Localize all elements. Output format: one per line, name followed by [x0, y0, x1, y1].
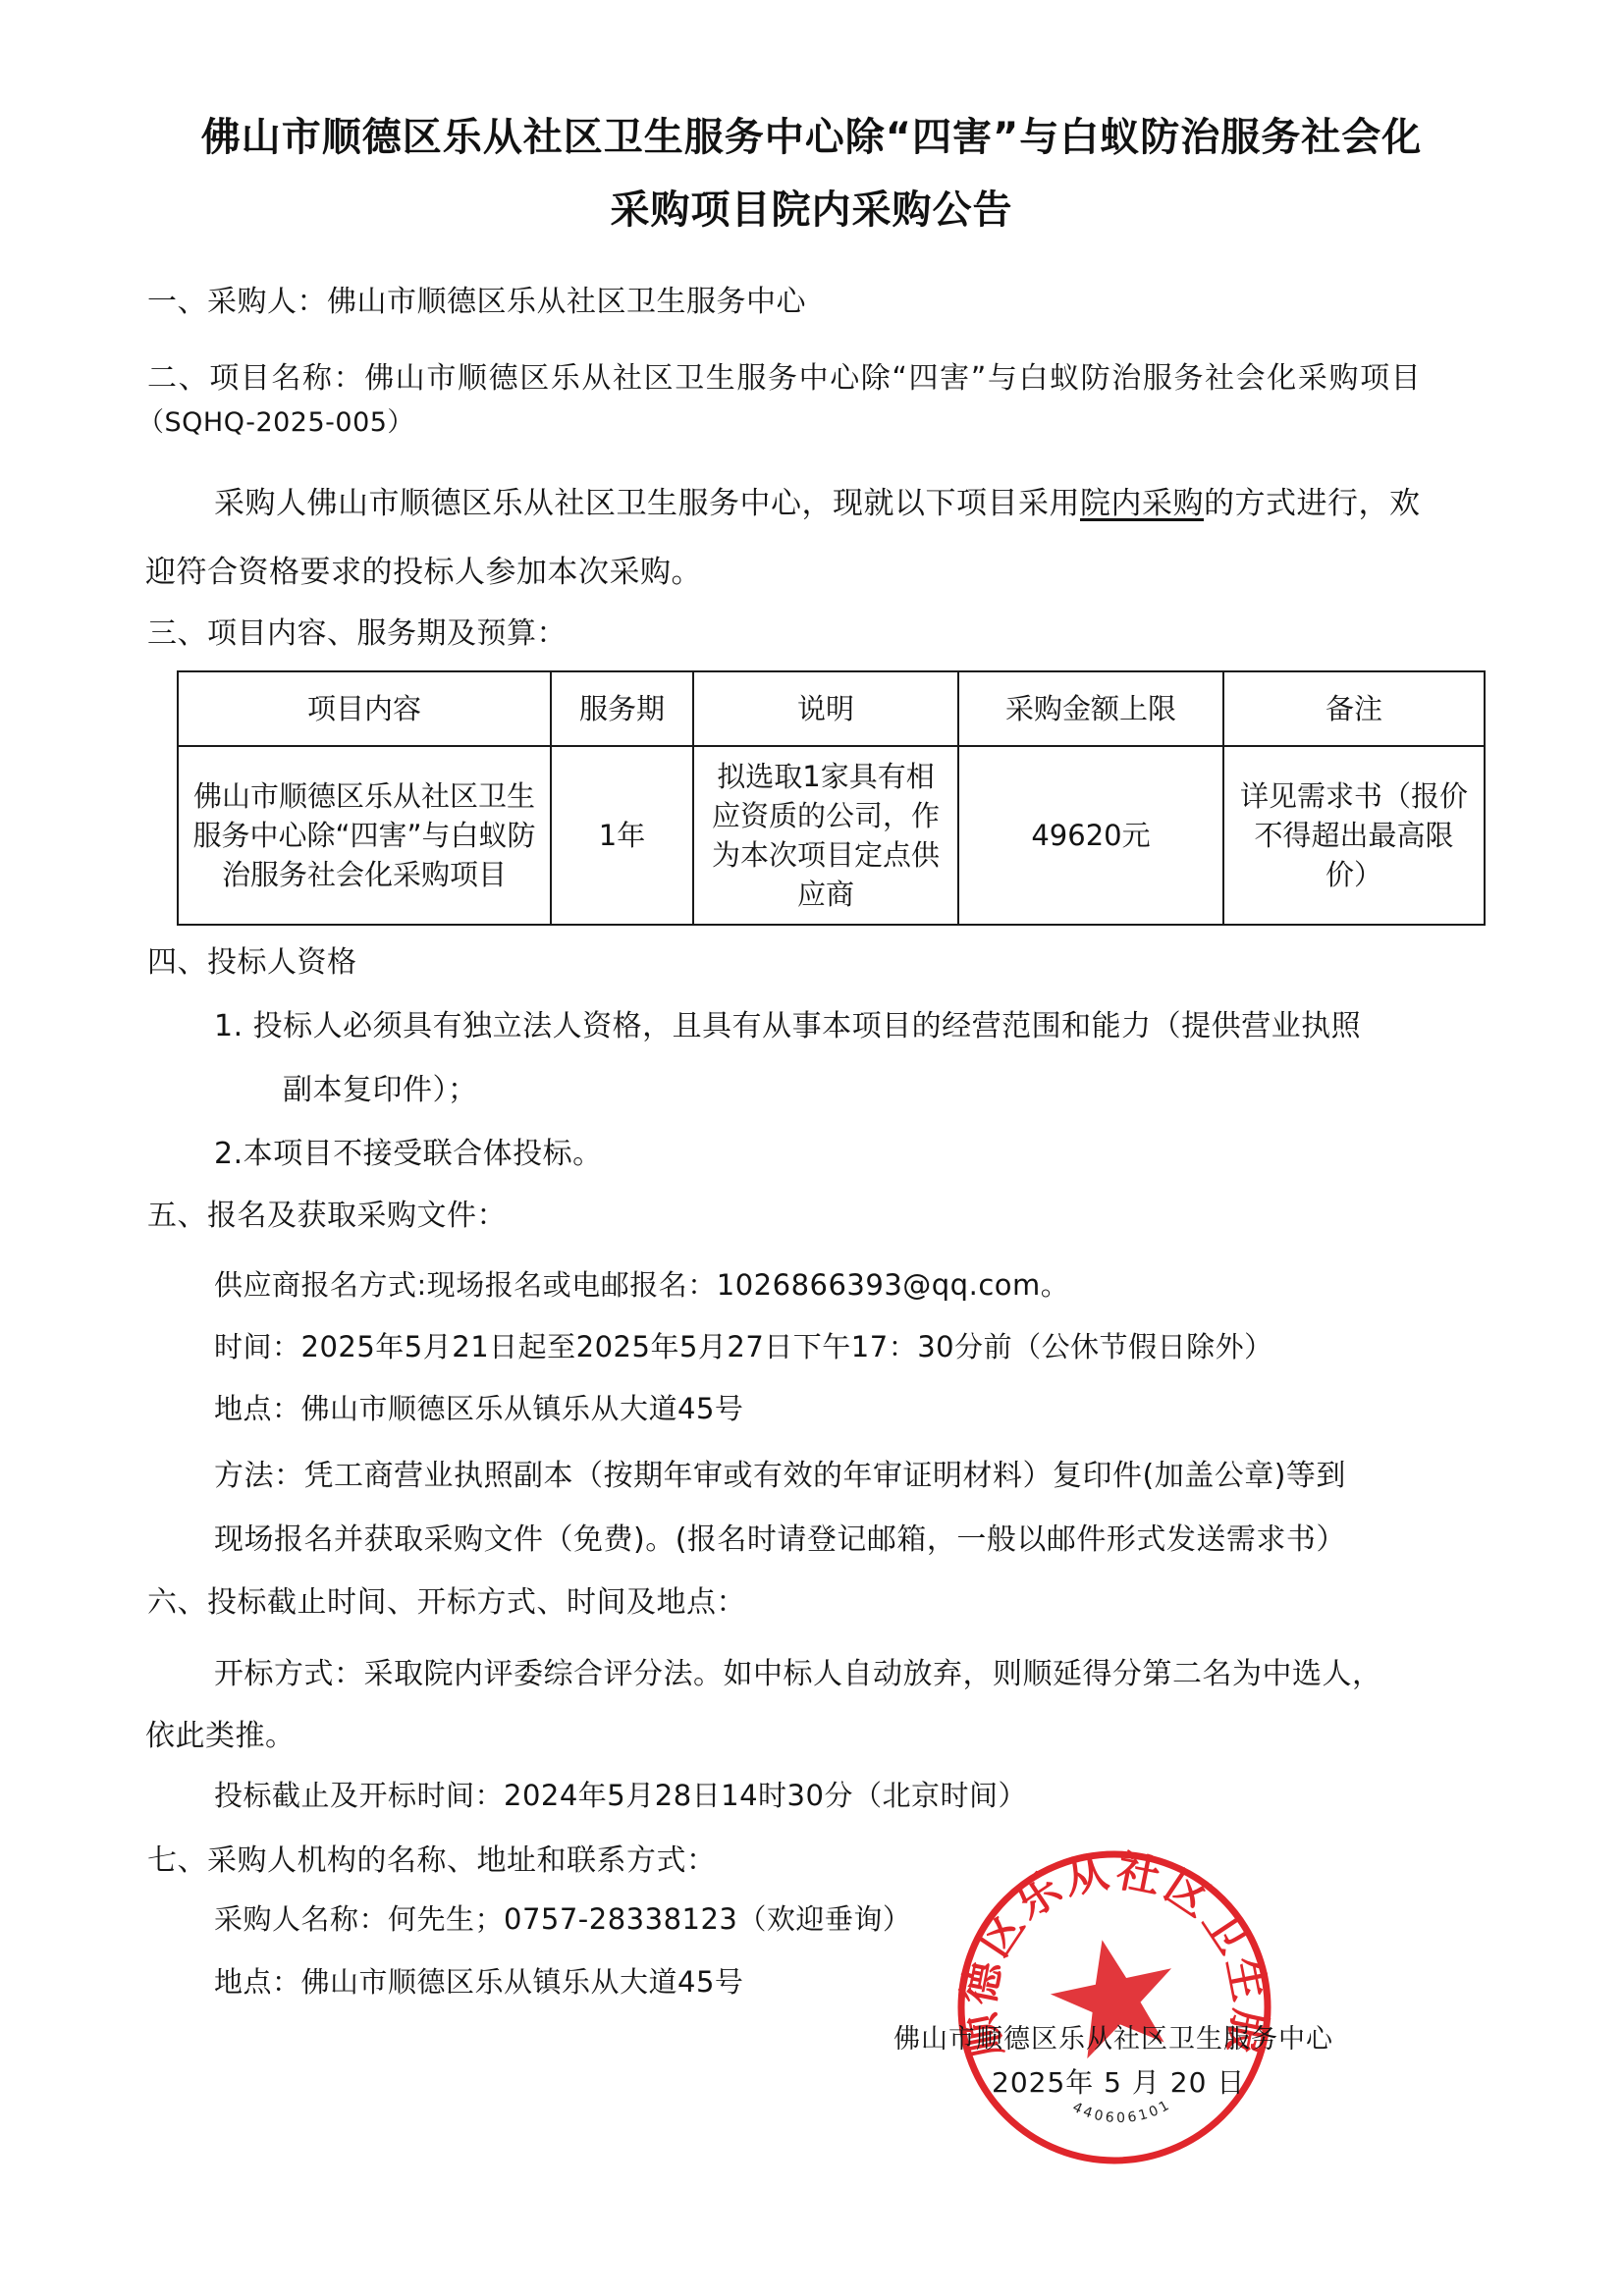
signup-requirements-line-2: 现场报名并获取采购文件（免费)。(报名时请登记邮箱，一般以邮件形式发送需求书） [214, 1515, 1346, 1558]
signup-method: 供应商报名方式:现场报名或电邮报名：1026866393@qq.com。 [214, 1263, 1069, 1304]
purchaser-contact: 采购人名称：何先生；0757-28338123（欢迎垂询） [214, 1897, 911, 1938]
official-seal-stamp-icon: 佛山市顺德区乐从社区卫生服务中心 440606101 [952, 1845, 1276, 2169]
svg-text:440606101: 440606101 [1070, 2097, 1174, 2126]
section-5-heading: 五、报名及获取采购文件： [147, 1191, 507, 1234]
project-table: 项目内容 服务期 说明 采购金额上限 备注 佛山市顺德区乐从社区卫生服务中心除“… [177, 670, 1486, 926]
table-row: 佛山市顺德区乐从社区卫生服务中心除“四害”与白蚁防治服务社会化采购项目 1年 拟… [178, 746, 1485, 925]
cell-content: 佛山市顺德区乐从社区卫生服务中心除“四害”与白蚁防治服务社会化采购项目 [178, 746, 551, 925]
signup-requirements-line-1: 方法：凭工商营业执照副本（按期年审或有效的年审证明材料）复印件(加盖公章)等到 [214, 1451, 1346, 1494]
column-header-amount: 采购金额上限 [958, 671, 1223, 746]
bid-evaluation-method-line-1: 开标方式：采取院内评委综合评分法。如中标人自动放弃，则顺延得分第二名为中选人， [214, 1649, 1382, 1692]
purchaser-place: 地点：佛山市顺德区乐从镇乐从大道45号 [214, 1960, 743, 2001]
intro-paragraph-line-1: 采购人佛山市顺德区乐从社区卫生服务中心，现就以下项目采用院内采购的方式进行，欢 [214, 478, 1421, 522]
bid-deadline: 投标截止及开标时间：2024年5月28日14时30分（北京时间） [214, 1774, 1027, 1814]
intro-paragraph-line-2: 迎符合资格要求的投标人参加本次采购。 [145, 547, 702, 591]
signature-date: 2025年 5 月 20 日 [992, 2061, 1245, 2101]
section-7-heading: 七、采购人机构的名称、地址和联系方式： [147, 1836, 717, 1879]
section-3-heading: 三、项目内容、服务期及预算： [147, 609, 567, 652]
qualification-item-1-line-1: 1. 投标人必须具有独立法人资格，且具有从事本项目的经营范围和能力（提供营业执照 [214, 1001, 1361, 1044]
cell-remark: 详见需求书（报价不得超出最高限价） [1223, 746, 1485, 925]
section-2-project-name: 二、项目名称：佛山市顺德区乐从社区卫生服务中心除“四害”与白蚁防治服务社会化采购… [147, 353, 1422, 397]
intro-procurement-method: 院内采购 [1080, 486, 1204, 521]
qualification-item-1-line-2: 副本复印件）； [283, 1065, 478, 1108]
intro-text-part-2: 的方式进行，欢 [1204, 486, 1421, 521]
announcement-page: 佛山市顺德区乐从社区卫生服务中心除“四害”与白蚁防治服务社会化 采购项目院内采购… [0, 0, 1623, 2296]
project-code: （SQHQ-2025-005） [137, 400, 414, 439]
signup-place: 地点：佛山市顺德区乐从镇乐从大道45号 [214, 1387, 743, 1427]
section-6-heading: 六、投标截止时间、开标方式、时间及地点： [147, 1577, 746, 1621]
bid-evaluation-method-line-2: 依此类推。 [145, 1711, 296, 1754]
table-header-row: 项目内容 服务期 说明 采购金额上限 备注 [178, 671, 1485, 746]
column-header-content: 项目内容 [178, 671, 551, 746]
column-header-period: 服务期 [551, 671, 693, 746]
column-header-description: 说明 [693, 671, 958, 746]
section-1-purchaser: 一、采购人：佛山市顺德区乐从社区卫生服务中心 [147, 277, 806, 320]
qualification-item-2: 2.本项目不接受联合体投标。 [214, 1129, 603, 1172]
intro-text-part-1: 采购人佛山市顺德区乐从社区卫生服务中心，现就以下项目采用 [214, 486, 1080, 521]
column-header-remark: 备注 [1223, 671, 1485, 746]
signature-organization: 佛山市顺德区乐从社区卫生服务中心 [893, 2017, 1333, 2056]
cell-amount: 49620元 [958, 746, 1223, 925]
section-4-heading: 四、投标人资格 [147, 937, 357, 981]
document-title-line-1: 佛山市顺德区乐从社区卫生服务中心除“四害”与白蚁防治服务社会化 [0, 106, 1623, 162]
document-title-line-2: 采购项目院内采购公告 [0, 179, 1623, 235]
signup-time: 时间：2025年5月21日起至2025年5月27日下午17：30分前（公休节假日… [214, 1325, 1273, 1365]
cell-period: 1年 [551, 746, 693, 925]
cell-description: 拟选取1家具有相应资质的公司，作为本次项目定点供应商 [693, 746, 958, 925]
